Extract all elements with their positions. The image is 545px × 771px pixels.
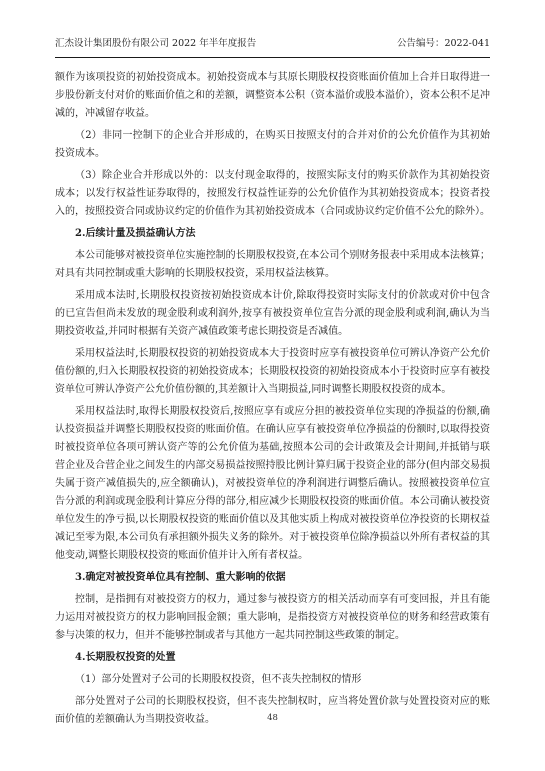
paragraph-control-definition: 控制，是指拥有对被投资方的权力，通过参与被投资方的相关活动而享有可变回报，并且有…	[55, 591, 490, 645]
paragraph-cost-method: 采用成本法时,长期股权投资按初始投资成本计价,除取得投资时实际支付的价款或对价中…	[55, 287, 490, 341]
document-body: 额作为该项投资的初始投资成本。初始投资成本与其原长期股权投资账面价值加上合并日取…	[55, 58, 490, 729]
page-header: 汇杰设计集团股份有限公司 2022 年半年度报告 公告编号：2022-041	[55, 38, 490, 58]
paragraph-item-2: （2）非同一控制下的企业合并形成的，在购买日按照支付的合并对价的公允价值作为其初…	[55, 127, 490, 163]
section-heading-3: 3.确定对被投资单位具有控制、重大影响的依据	[55, 569, 490, 587]
header-announcement-number: 公告编号：2022-041	[397, 38, 490, 50]
paragraph-item-3: （3）除企业合并形成以外的：以支付现金取得的，按照实际支付的购买价款作为其初始投…	[55, 167, 490, 221]
paragraph-continuation: 额作为该项投资的初始投资成本。初始投资成本与其原长期股权投资账面价值加上合并日取…	[55, 69, 490, 123]
section-heading-4: 4.长期股权投资的处置	[55, 649, 490, 667]
sub-heading-disposal-1: （1）部分处置对子公司的长期股权投资，但不丧失控制权的情形	[55, 671, 490, 689]
section-heading-2: 2.后续计量及损益确认方法	[55, 225, 490, 243]
page-footer: 48	[0, 713, 545, 723]
report-page: 汇杰设计集团股份有限公司 2022 年半年度报告 公告编号：2022-041 额…	[0, 0, 545, 771]
paragraph-disposal-detail: 部分处置对子公司的长期股权投资，但不丧失控制权时，应当将处置价款与处置投资对应的…	[55, 693, 490, 729]
header-report-title: 汇杰设计集团股份有限公司 2022 年半年度报告	[55, 38, 256, 50]
page-number: 48	[267, 713, 278, 723]
paragraph-equity-method-subsequent: 采用权益法时,取得长期股权投资后,按照应享有或应分担的被投资单位实现的净损益的份…	[55, 403, 490, 565]
paragraph-cost-method-intro: 本公司能够对被投资单位实施控制的长期股权投资,在本公司个别财务报表中采用成本法核…	[55, 247, 490, 283]
paragraph-equity-method-initial: 采用权益法时,长期股权投资的初始投资成本大于投资时应享有被投资单位可辨认净资产公…	[55, 345, 490, 399]
